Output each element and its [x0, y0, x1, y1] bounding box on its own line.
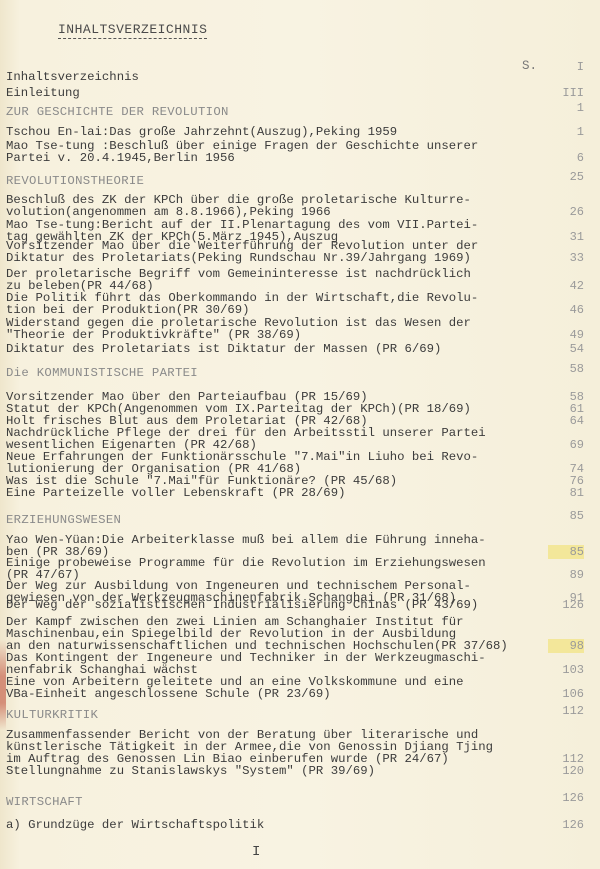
toc-page-number: 1 [548, 125, 584, 139]
toc-entry-line: Inhaltsverzeichnis [6, 72, 526, 84]
toc-entry-line: Tschou En-lai:Das große Jahrzehnt(Auszug… [6, 127, 526, 139]
toc-section-heading: WIRTSCHAFT [6, 797, 526, 809]
toc-entry-line: a) Grundzüge der Wirtschaftspolitik [6, 820, 526, 832]
toc-page-number: 98 [548, 639, 584, 653]
document-title: INHALTSVERZEICHNIS [58, 22, 207, 39]
toc-page-number: 26 [548, 205, 584, 219]
toc-page-number: 46 [548, 303, 584, 317]
page-column-label: S. [522, 59, 537, 73]
toc-entry-line: Einige probeweise Programme für die Revo… [6, 558, 526, 570]
toc-page-number: 85 [548, 509, 584, 523]
toc-page-number: 1 [548, 101, 584, 115]
toc-page-number: 69 [548, 438, 584, 452]
toc-entry-line: volution(angenommen am 8.8.1966),Peking … [6, 207, 526, 219]
toc-section-heading: REVOLUTIONSTHEORIE [6, 176, 526, 188]
toc-page-number: 112 [548, 704, 584, 718]
toc-page-number: 85 [548, 545, 584, 559]
toc-section-heading: Die KOMMUNISTISCHE PARTEI [6, 368, 526, 380]
toc-page-number: 42 [548, 279, 584, 293]
toc-entry-line: Diktatur des Proletariats ist Diktatur d… [6, 344, 526, 356]
toc-page-number: 31 [548, 230, 584, 244]
toc-page-number: 126 [548, 598, 584, 612]
toc-entry-line: Der Weg der sozialistischen Industrialis… [6, 600, 526, 612]
toc-page-number: 103 [548, 663, 584, 677]
toc-page-number: 58 [548, 362, 584, 376]
toc-section-heading: ZUR GESCHICHTE DER REVOLUTION [6, 107, 526, 119]
toc-page-number: 64 [548, 414, 584, 428]
footer-page-number: I [252, 844, 260, 860]
toc-entry-line: Partei v. 20.4.1945,Berlin 1956 [6, 153, 526, 165]
toc-page-number: 33 [548, 251, 584, 265]
toc-section-heading: KULTURKRITIK [6, 710, 526, 722]
toc-page-number: 106 [548, 687, 584, 701]
toc-page-number: 25 [548, 170, 584, 184]
toc-page-number: 49 [548, 328, 584, 342]
document-page: INHALTSVERZEICHNIS S. Inhaltsverzeichnis… [0, 0, 600, 869]
toc-section-heading: ERZIEHUNGSWESEN [6, 515, 526, 527]
toc-page-number: 126 [548, 791, 584, 805]
toc-page-number: I [548, 60, 584, 74]
toc-page-number: 126 [548, 818, 584, 832]
toc-entry-line: Diktatur des Proletariats(Peking Rundsch… [6, 253, 526, 265]
toc-entry-line: VBa-Einheit angeschlossene Schule (PR 23… [6, 689, 526, 701]
toc-entry-line: Stellungnahme zu Stanislawskys "System" … [6, 766, 526, 778]
toc-page-number: III [548, 86, 584, 100]
toc-page-number: 81 [548, 486, 584, 500]
toc-page-number: 120 [548, 764, 584, 778]
toc-entry-line: Einleitung [6, 88, 526, 100]
toc-page-number: 6 [548, 151, 584, 165]
toc-entry-line: "Theorie der Produktivkräfte" (PR 38/69) [6, 330, 526, 342]
toc-entry-line: tion bei der Produktion(PR 30/69) [6, 305, 526, 317]
toc-entry-line: Eine Parteizelle voller Lebenskraft (PR … [6, 488, 526, 500]
toc-page-number: 54 [548, 342, 584, 356]
toc-page-number: 89 [548, 568, 584, 582]
